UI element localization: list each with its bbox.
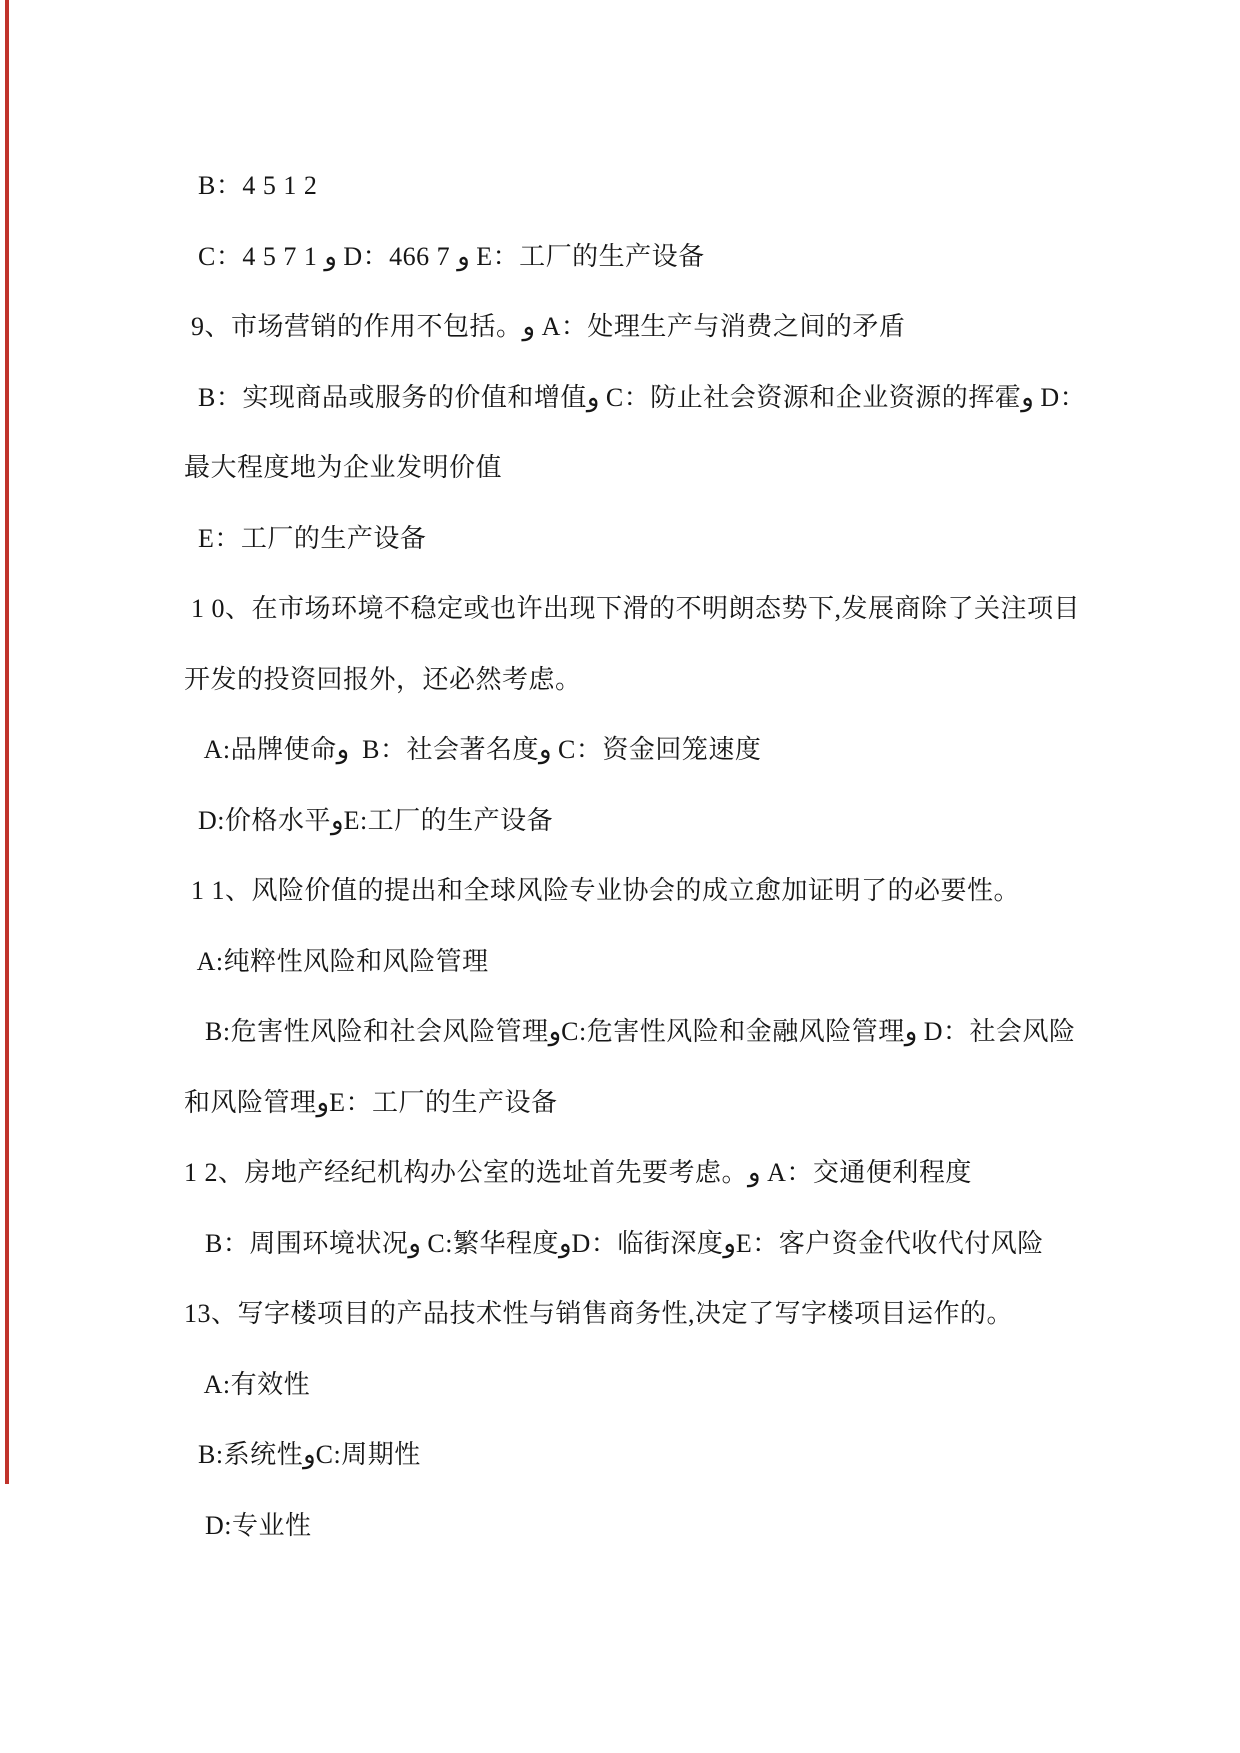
- text-line: B：4 5 1 2: [184, 151, 1114, 222]
- text-line: D:价格水平وE:工厂的生产设备: [184, 786, 1114, 857]
- text-line: 9、市场营销的作用不包括。و A：处理生产与消费之间的矛盾: [184, 292, 1114, 363]
- text-line: A:品牌使命و B：社会著名度و C：资金回笼速度: [184, 715, 1114, 786]
- document-page: B：4 5 1 2 C：4 5 7 1 و D：466 7 و E：工厂的生产设…: [0, 0, 1240, 1753]
- text-line: 和风险管理وE：工厂的生产设备: [184, 1068, 1114, 1139]
- text-line: 1 1、风险价值的提出和全球风险专业协会的成立愈加证明了的必要性。: [184, 856, 1114, 927]
- text-line: 最大程度地为企业发明价值: [184, 433, 1114, 504]
- exam-question-list: B：4 5 1 2 C：4 5 7 1 و D：466 7 و E：工厂的生产设…: [184, 151, 1114, 1561]
- text-line: 1 2、房地产经纪机构办公室的选址首先要考虑。و A：交通便利程度: [184, 1138, 1114, 1209]
- text-line: 13、写字楼项目的产品技术性与销售商务性,决定了写字楼项目运作的。: [184, 1279, 1114, 1350]
- text-line: B：周围环境状况و C:繁华程度وD：临街深度وE：客户资金代收代付风险: [184, 1209, 1114, 1280]
- text-line: C：4 5 7 1 و D：466 7 و E：工厂的生产设备: [184, 222, 1114, 293]
- text-line: A:纯粹性风险和风险管理: [184, 927, 1114, 998]
- text-line: B：实现商品或服务的价值和增值و C：防止社会资源和企业资源的挥霍و D：: [184, 363, 1114, 434]
- text-line: B:危害性风险和社会风险管理وC:危害性风险和金融风险管理و D：社会风险: [184, 997, 1114, 1068]
- text-line: 1 0、在市场环境不稳定或也许出现下滑的不明朗态势下,发展商除了关注项目: [184, 574, 1114, 645]
- text-line: 开发的投资回报外，还必然考虑。: [184, 645, 1114, 716]
- text-line: A:有效性: [184, 1350, 1114, 1421]
- text-line: E：工厂的生产设备: [184, 504, 1114, 575]
- left-margin-rule: [5, 0, 9, 1484]
- text-line: D:专业性: [184, 1491, 1114, 1562]
- text-line: B:系统性وC:周期性: [184, 1420, 1114, 1491]
